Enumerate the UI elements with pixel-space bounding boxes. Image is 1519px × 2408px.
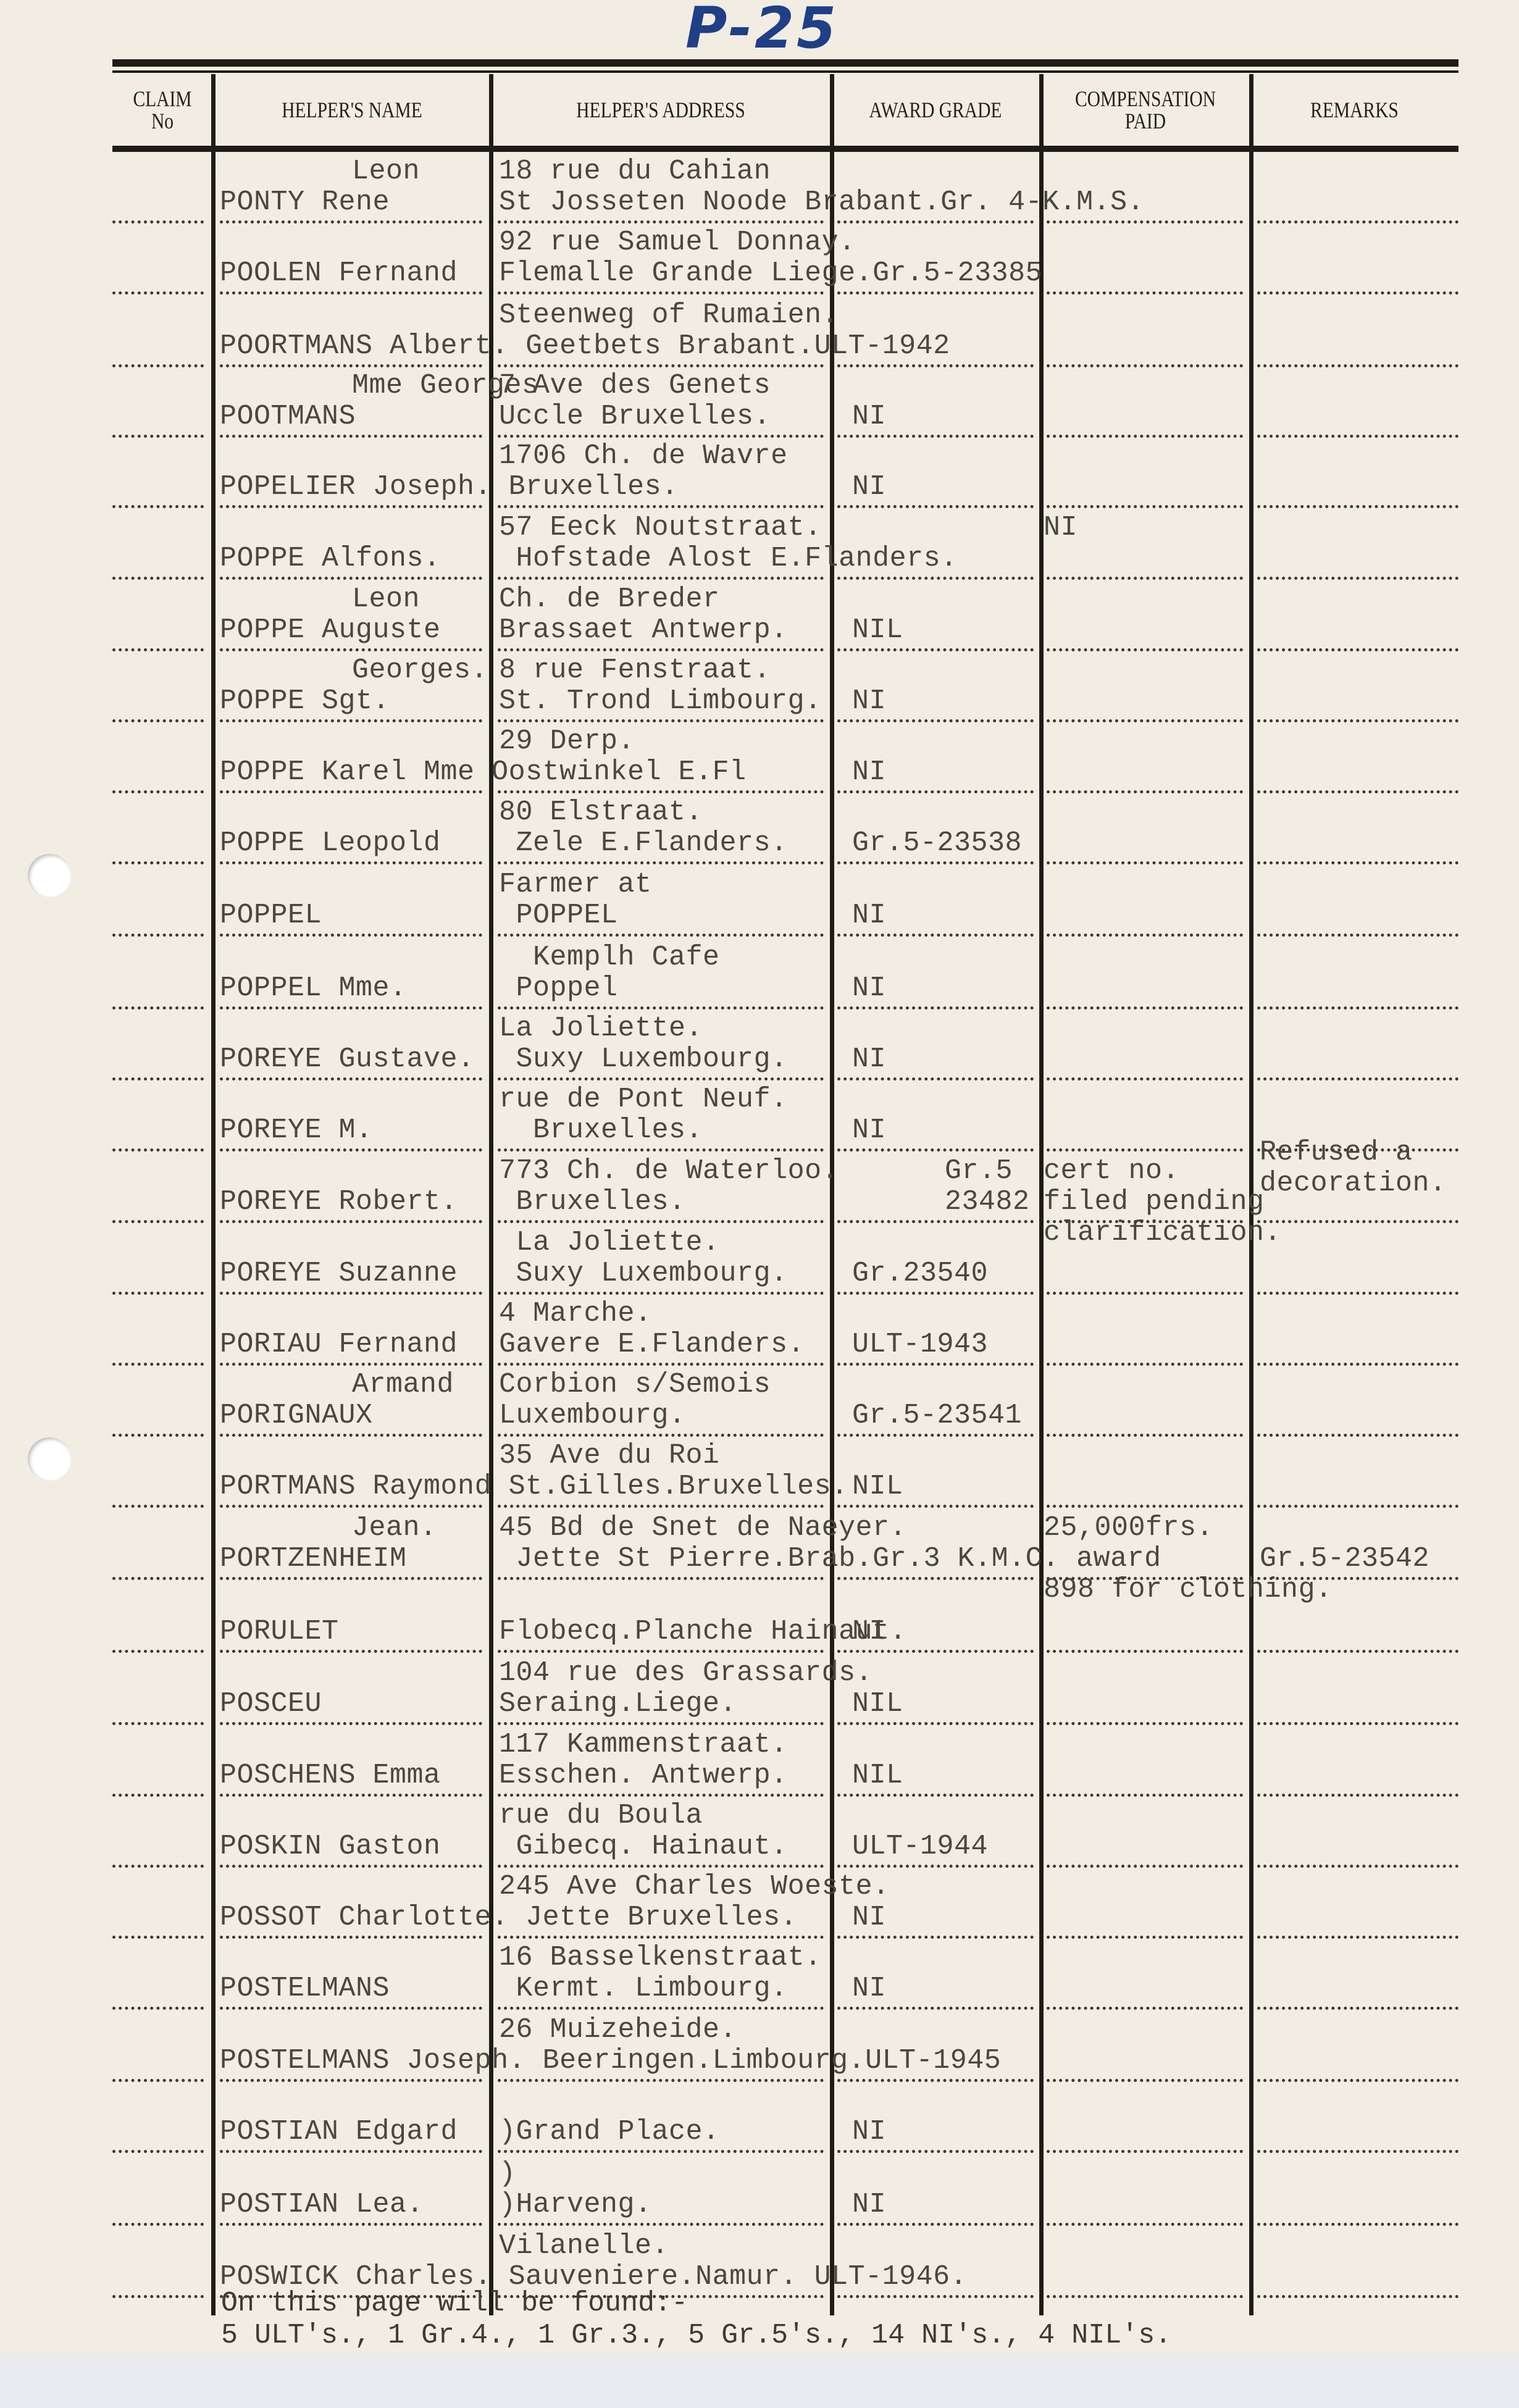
row-separator: [498, 719, 824, 722]
helper-address-line1: La Joliette.: [499, 1013, 703, 1044]
helper-address-line1: Steenweg of Rumaien.: [499, 300, 839, 331]
row-separator: [1257, 934, 1458, 937]
row-separator: [1047, 790, 1243, 793]
row-separator: [837, 1220, 1034, 1223]
award-grade: NI: [852, 973, 886, 1004]
row-separator: [112, 719, 204, 722]
helper-address-line1: 80 Elstraat.: [499, 797, 703, 828]
helper-name: PORIAU Fernand: [220, 1329, 458, 1360]
row-separator: [1047, 1220, 1243, 1223]
helper-address-line1: La Joliette.: [499, 1227, 720, 1258]
row-separator: [1047, 1577, 1243, 1580]
helper-address-line2: POPPEL: [499, 900, 618, 931]
helper-address-line1: Vilanelle.: [499, 2231, 669, 2262]
row-separator: [498, 1077, 824, 1081]
row-separator: [498, 1148, 824, 1152]
row-separator: [112, 291, 204, 295]
row-separator: [837, 790, 1034, 793]
row-separator: [1047, 1722, 1243, 1725]
award-grade: NI: [852, 1115, 886, 1146]
helper-name: POREYE M.: [220, 1115, 373, 1146]
row-separator: [1047, 2223, 1243, 2226]
row-separator: [220, 2150, 482, 2153]
row-separator: [112, 2079, 204, 2082]
row-separator: [837, 2079, 1034, 2082]
row-separator: [220, 790, 482, 793]
helper-name: POSSOT Charlotte. Jette Bruxelles.: [220, 1902, 797, 1933]
helper-name: POOTMANS: [220, 401, 356, 432]
row-separator: [1257, 2223, 1458, 2226]
row-separator: [837, 1794, 1034, 1797]
row-separator: [220, 648, 482, 651]
helper-address-line1: 26 Muizeheide.: [499, 2015, 737, 2046]
row-separator: [220, 1077, 482, 1081]
scan-background: [0, 2354, 1519, 2408]
row-separator: [112, 364, 204, 367]
helper-name: POREYE Robert.: [220, 1187, 458, 1218]
helper-name: PORTMANS Raymond St.Gilles.Bruxelles.: [220, 1471, 848, 1502]
row-separator: [220, 1577, 482, 1580]
row-separator: [1257, 1434, 1458, 1437]
row-separator: [220, 1865, 482, 1868]
header-compensation-paid: COMPENSATION PAID: [1060, 74, 1232, 145]
row-separator: [112, 648, 204, 651]
row-separator: [1047, 2295, 1243, 2298]
row-separator: [837, 1292, 1034, 1295]
row-separator: [220, 1148, 482, 1152]
row-separator: [837, 1434, 1034, 1437]
helper-address-line1: 35 Ave du Roi: [499, 1440, 720, 1471]
helper-name-line1: Georges.: [352, 655, 488, 686]
helper-address-line1: 8 rue Fenstraat.: [499, 655, 771, 686]
row-separator: [498, 790, 824, 793]
helper-name: POSKIN Gaston: [220, 1831, 441, 1862]
row-separator: [1047, 1292, 1243, 1295]
helper-name: PONTY Rene: [220, 187, 390, 218]
row-separator: [112, 1505, 204, 1508]
row-separator: [837, 719, 1034, 722]
row-separator: [498, 220, 824, 224]
row-separator: [1047, 1077, 1243, 1081]
helper-name: POPPE Karel Mme Oostwinkel E.Fl: [220, 757, 747, 788]
row-separator: [837, 505, 1034, 508]
row-separator: [498, 1505, 824, 1508]
row-separator: [1047, 364, 1243, 367]
row-separator: [112, 1434, 204, 1437]
helper-address-line1: 18 rue du Cahian: [499, 156, 771, 187]
award-grade: NI: [852, 1044, 886, 1075]
row-separator: [220, 1794, 482, 1797]
row-separator: [220, 1363, 482, 1366]
row-separator: [1257, 505, 1458, 508]
punch-hole: [28, 854, 71, 897]
helper-name: POPPE Auguste: [220, 615, 441, 646]
row-separator: [112, 1865, 204, 1868]
award-grade: NI: [852, 2189, 886, 2220]
row-separator: [1257, 719, 1458, 722]
row-separator: [498, 1865, 824, 1868]
row-separator: [112, 1936, 204, 1939]
row-separator: [837, 1077, 1034, 1081]
compensation-paid: NI: [1044, 512, 1078, 543]
row-separator: [112, 1650, 204, 1653]
header-claim-no: CLAIM No: [122, 74, 204, 145]
row-separator: [1257, 2007, 1458, 2010]
row-separator: [837, 2150, 1034, 2153]
award-grade: NI: [852, 401, 886, 432]
helper-name: POREYE Suzanne: [220, 1258, 458, 1289]
row-separator: [498, 934, 824, 937]
award-grade: NIL: [852, 615, 903, 646]
helper-address-line1: 45 Bd de Snet de Naeyer.: [499, 1513, 906, 1544]
row-separator: [837, 291, 1034, 295]
row-separator: [1257, 2295, 1458, 2298]
row-separator: [837, 1865, 1034, 1868]
row-separator: [220, 2223, 482, 2226]
row-separator: [1257, 1577, 1458, 1580]
row-separator: [837, 1722, 1034, 1725]
helper-name: POPPEL: [220, 900, 322, 931]
helper-address-line1: rue du Boula: [499, 1800, 703, 1831]
helper-address-line2: )Harveng.: [499, 2189, 652, 2220]
row-separator: [1257, 1936, 1458, 1939]
helper-name-line1: Jean.: [352, 1513, 437, 1544]
row-separator: [220, 2007, 482, 2010]
row-separator: [498, 2007, 824, 2010]
row-separator: [1047, 2150, 1243, 2153]
row-separator: [498, 435, 824, 438]
helper-address-line1: 117 Kammenstraat.: [499, 1729, 788, 1760]
helper-address-line1: 4 Marche.: [499, 1298, 652, 1329]
row-separator: [220, 435, 482, 438]
row-separator: [1047, 220, 1243, 224]
award-grade: NI: [852, 1902, 886, 1933]
row-separator: [1047, 2007, 1243, 2010]
helper-address-line2: St Josseten Noode Brabant.Gr. 4-K.M.S.: [499, 187, 1144, 218]
row-separator: [837, 2007, 1034, 2010]
award-grade: NIL: [852, 1689, 903, 1720]
row-separator: [112, 1006, 204, 1010]
row-separator: [112, 1148, 204, 1152]
helper-address-line2: Seraing.Liege.: [499, 1689, 737, 1720]
helper-address-line1: 245 Ave Charles Woeste.: [499, 1871, 890, 1902]
helper-address-line1: 773 Ch. de Waterloo.: [499, 1156, 839, 1187]
remarks: Refused a decoration.: [1260, 1137, 1447, 1199]
helper-name: POPPE Sgt.: [220, 686, 390, 717]
award-grade: Gr.5-23538: [852, 828, 1022, 859]
award-grade: NI: [852, 900, 886, 931]
row-separator: [112, 1794, 204, 1797]
row-separator: [1257, 790, 1458, 793]
row-separator: [1047, 1363, 1243, 1366]
award-grade: NIL: [852, 1760, 903, 1791]
row-separator: [498, 1794, 824, 1797]
row-separator: [837, 934, 1034, 937]
helper-address-line1: 92 rue Samuel Donnay.: [499, 227, 856, 258]
row-separator: [112, 934, 204, 937]
row-separator: [498, 505, 824, 508]
row-separator: [1047, 291, 1243, 295]
row-separator: [1257, 2079, 1458, 2082]
row-separator: [220, 1505, 482, 1508]
helper-name: PORULET: [220, 1616, 339, 1647]
row-separator: [112, 435, 204, 438]
award-grade: NI: [852, 2117, 886, 2147]
row-separator: [498, 1434, 824, 1437]
row-separator: [1257, 648, 1458, 651]
remarks: Gr.5-23542: [1260, 1544, 1429, 1574]
footer-summary-counts: 5 ULT's., 1 Gr.4., 1 Gr.3., 5 Gr.5's., 1…: [221, 2320, 1171, 2352]
header-helper-name: HELPER'S NAME: [238, 74, 466, 145]
row-separator: [837, 2295, 1034, 2298]
helper-address-line2: Poppel: [499, 973, 618, 1004]
row-separator: [1257, 1865, 1458, 1868]
helper-name-line1: Armand: [352, 1369, 454, 1400]
row-separator: [112, 220, 204, 224]
column-divider: [1039, 74, 1044, 2315]
helper-address-line2: Kermt. Limbourg.: [499, 1973, 788, 2004]
row-separator: [220, 2079, 482, 2082]
award-grade: Gr.23540: [852, 1258, 988, 1289]
row-separator: [220, 220, 482, 224]
page-label: P-25: [685, 0, 839, 61]
row-separator: [1047, 861, 1243, 864]
helper-name-line1: Leon: [352, 584, 420, 615]
row-separator: [1257, 220, 1458, 224]
row-separator: [498, 2079, 824, 2082]
helper-address-line1: 16 Basselkenstraat.: [499, 1942, 822, 1973]
helper-address-line2: Zele E.Flanders.: [499, 828, 788, 859]
helper-address-line2: Gavere E.Flanders.: [499, 1329, 805, 1360]
helper-address-line1: 29 Derp.: [499, 726, 635, 757]
row-separator: [1047, 648, 1243, 651]
row-separator: [112, 1077, 204, 1081]
helper-address-line1: 1706 Ch. de Wavre: [499, 441, 788, 472]
helper-address-line1: 57 Eeck Noutstraat.: [499, 512, 822, 543]
award-grade: NI: [852, 1973, 886, 2004]
helper-name: POORTMANS Albert. Geetbets Brabant.ULT-1…: [220, 331, 950, 362]
award-grade: NI: [852, 757, 886, 788]
row-separator: [1257, 577, 1458, 580]
column-divider: [211, 74, 216, 2315]
row-separator: [220, 719, 482, 722]
row-separator: [220, 861, 482, 864]
row-separator: [837, 1577, 1034, 1580]
helper-address-line1: ): [499, 2159, 516, 2189]
row-separator: [837, 435, 1034, 438]
helper-name: POSTELMANS: [220, 1973, 390, 2004]
helper-address-line1: Corbion s/Semois: [499, 1369, 771, 1400]
row-separator: [1047, 577, 1243, 580]
row-separator: [1047, 435, 1243, 438]
row-separator: [220, 934, 482, 937]
row-separator: [220, 1936, 482, 1939]
helper-address-line2: )Grand Place.: [499, 2117, 720, 2147]
helper-name: POSTIAN Lea.: [220, 2189, 424, 2220]
header-helper-address: HELPER'S ADDRESS: [522, 74, 800, 145]
document-page: P-25 CLAIM No HELPER'S NAME HELPER'S ADD…: [0, 0, 1519, 2352]
header-remarks: REMARKS: [1269, 74, 1439, 145]
helper-address-line1: Kemplh Cafe: [499, 942, 720, 973]
helper-name: POPPE Alfons.: [220, 543, 441, 574]
helper-name: PORIGNAUX: [220, 1400, 373, 1431]
row-separator: [220, 291, 482, 295]
row-separator: [498, 1577, 824, 1580]
row-separator: [498, 1292, 824, 1295]
row-separator: [1047, 1148, 1243, 1152]
row-separator: [1047, 1650, 1243, 1653]
row-separator: [220, 364, 482, 367]
header-bottom-rule: [112, 146, 1458, 152]
row-separator: [112, 2150, 204, 2153]
row-separator: [498, 1363, 824, 1366]
row-separator: [837, 577, 1034, 580]
row-separator: [1047, 1865, 1243, 1868]
helper-name: PORTZENHEIM: [220, 1544, 407, 1574]
row-separator: [112, 1292, 204, 1295]
row-separator: [498, 2150, 824, 2153]
row-separator: [112, 2295, 204, 2298]
row-separator: [112, 1363, 204, 1366]
row-separator: [837, 1363, 1034, 1366]
header-award-grade: AWARD GRADE: [850, 74, 1022, 145]
column-divider: [489, 74, 493, 2315]
helper-name: POREYE Gustave.: [220, 1044, 475, 1075]
award-grade: ULT-1943: [852, 1329, 988, 1360]
helper-name: POSCEU: [220, 1689, 322, 1720]
row-separator: [1257, 364, 1458, 367]
helper-address-line2: Suxy Luxembourg.: [499, 1258, 788, 1289]
helper-address-line2: Luxembourg.: [499, 1400, 686, 1431]
helper-address-line2: Brassaet Antwerp.: [499, 615, 788, 646]
row-separator: [1257, 291, 1458, 295]
helper-address-line2: Flobecq.Planche Hainaut.: [499, 1616, 906, 1647]
helper-address-line2: St. Trond Limbourg.: [499, 686, 822, 717]
row-separator: [1257, 1292, 1458, 1295]
row-separator: [498, 1220, 824, 1223]
row-separator: [1047, 2079, 1243, 2082]
row-separator: [112, 577, 204, 580]
row-separator: [498, 291, 824, 295]
row-separator: [837, 648, 1034, 651]
row-separator: [498, 1006, 824, 1010]
header-top-thin-rule: [112, 70, 1458, 73]
award-grade: NI: [852, 1616, 886, 1647]
helper-name: POSCHENS Emma: [220, 1760, 441, 1791]
footer-summary-intro: On this page will be found:-: [221, 2288, 688, 2320]
award-grade: ULT-1944: [852, 1831, 988, 1862]
row-separator: [1257, 1722, 1458, 1725]
row-separator: [220, 1006, 482, 1010]
row-separator: [837, 2223, 1034, 2226]
row-separator: [1047, 1794, 1243, 1797]
row-separator: [220, 1220, 482, 1223]
row-separator: [1257, 1220, 1458, 1223]
row-separator: [112, 2223, 204, 2226]
row-separator: [498, 2223, 824, 2226]
row-separator: [220, 1650, 482, 1653]
row-separator: [112, 505, 204, 508]
helper-name: POSTELMANS Joseph. Beeringen.Limbourg.UL…: [220, 2046, 1001, 2076]
row-separator: [1257, 2150, 1458, 2153]
row-separator: [1047, 1936, 1243, 1939]
row-separator: [1047, 1505, 1243, 1508]
helper-name-line1: Leon: [352, 156, 420, 187]
row-separator: [498, 1650, 824, 1653]
row-separator: [837, 1148, 1034, 1152]
row-separator: [220, 577, 482, 580]
helper-address-line1: 7 Ave des Genets: [499, 370, 771, 401]
row-separator: [1257, 1077, 1458, 1081]
row-separator: [1257, 435, 1458, 438]
row-separator: [112, 861, 204, 864]
helper-address-line2: Flemalle Grande Liege.Gr.5-23385: [499, 258, 1042, 289]
row-separator: [1257, 1363, 1458, 1366]
helper-address-line2: Gibecq. Hainaut.: [499, 1831, 788, 1862]
helper-name: POPPE Leopold: [220, 828, 441, 859]
row-separator: [498, 364, 824, 367]
row-separator: [1257, 1794, 1458, 1797]
row-separator: [1047, 505, 1243, 508]
helper-address-line2: Uccle Bruxelles.: [499, 401, 771, 432]
helper-address-line2: Bruxelles.: [499, 1187, 686, 1218]
row-separator: [837, 861, 1034, 864]
helper-name: POOLEN Fernand: [220, 258, 458, 289]
row-separator: [1047, 934, 1243, 937]
header-top-rule: [112, 59, 1458, 67]
row-separator: [1047, 1434, 1243, 1437]
row-separator: [220, 505, 482, 508]
row-separator: [498, 1936, 824, 1939]
row-separator: [1257, 1006, 1458, 1010]
row-separator: [112, 1722, 204, 1725]
row-separator: [498, 861, 824, 864]
row-separator: [112, 1220, 204, 1223]
helper-address-line1: 104 rue des Grassards.: [499, 1658, 872, 1689]
row-separator: [498, 577, 824, 580]
helper-name: POSTIAN Edgard: [220, 2117, 458, 2147]
compensation-paid: cert no. filed pending clarification.: [1044, 1156, 1281, 1248]
award-grade: NIL: [852, 1471, 903, 1502]
row-separator: [112, 2007, 204, 2010]
row-separator: [112, 1577, 204, 1580]
award-grade: Gr.5-23541: [852, 1400, 1022, 1431]
award-grade: NI: [852, 472, 886, 503]
row-separator: [112, 790, 204, 793]
row-separator: [1257, 1650, 1458, 1653]
helper-address-line2: Suxy Luxembourg.: [499, 1044, 788, 1075]
helper-name: POPPEL Mme.: [220, 973, 407, 1004]
helper-address-line2: Bruxelles.: [499, 1115, 703, 1146]
row-separator: [837, 1505, 1034, 1508]
award-grade: NI: [852, 686, 886, 717]
helper-address-line2: Esschen. Antwerp.: [499, 1760, 788, 1791]
column-divider: [830, 74, 834, 2315]
helper-address-line1: rue de Pont Neuf.: [499, 1084, 788, 1115]
helper-name: POPELIER Joseph. Bruxelles.: [220, 472, 679, 503]
row-separator: [837, 364, 1034, 367]
row-separator: [220, 1292, 482, 1295]
row-separator: [837, 1006, 1034, 1010]
row-separator: [1047, 1006, 1243, 1010]
row-separator: [837, 1650, 1034, 1653]
row-separator: [837, 220, 1034, 224]
row-separator: [1047, 719, 1243, 722]
punch-hole: [28, 1437, 71, 1481]
row-separator: [498, 648, 824, 651]
helper-address-line1: Farmer at: [499, 869, 652, 900]
row-separator: [837, 1936, 1034, 1939]
